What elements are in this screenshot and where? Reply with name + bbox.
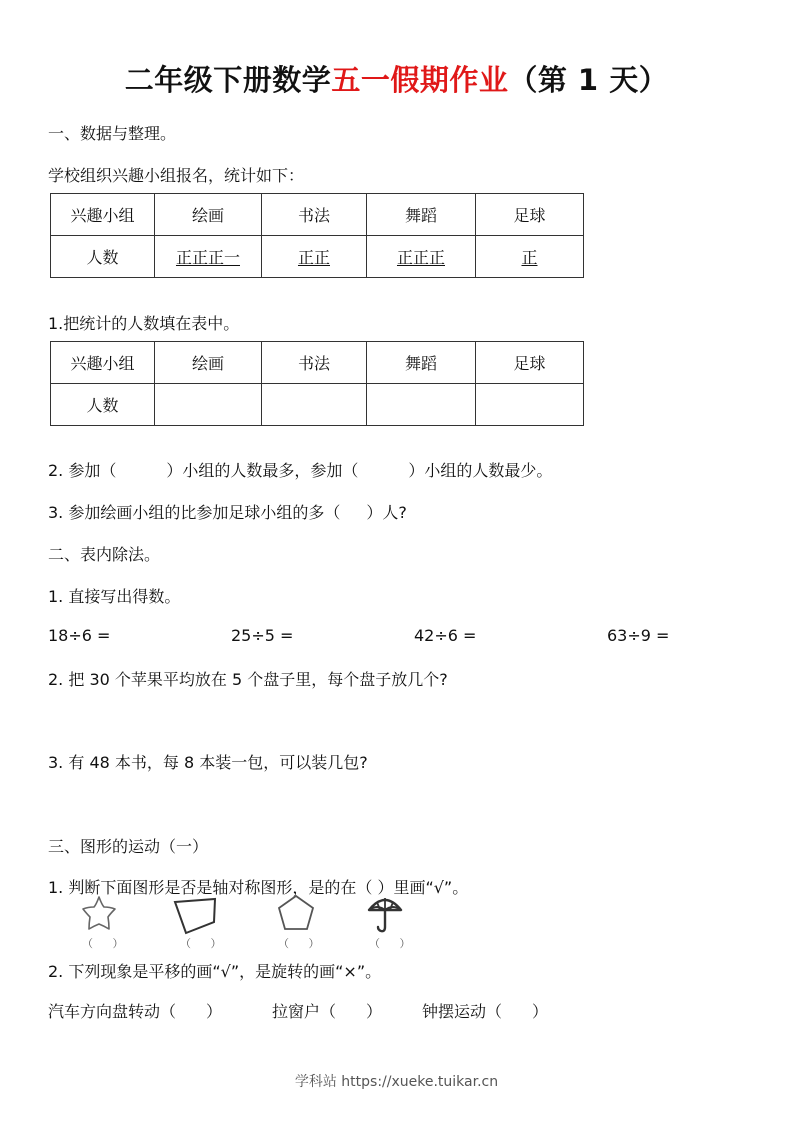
star-icon: [80, 895, 118, 931]
title-suffix: （第 1 天）: [508, 63, 668, 97]
section3-q2: 2. 下列现象是平移的画“√”，是旋转的画“×”。: [48, 959, 381, 982]
section2-q2: 2. 把 30 个苹果平均放在 5 个盘子里，每个盘子放几个?: [48, 667, 448, 690]
section2-q3: 3. 有 48 本书，每 8 本装一包，可以装几包?: [48, 750, 368, 773]
tally-value: 正正正一: [176, 248, 240, 267]
answer-cell[interactable]: [476, 384, 584, 426]
section1-q2: 2. 参加（）小组的人数最多，参加（）小组的人数最少。: [48, 458, 552, 481]
table-header-cell: 绘画: [155, 194, 262, 236]
table-header-cell: 书法: [262, 194, 367, 236]
section1-heading: 一、数据与整理。: [48, 121, 176, 144]
fill-table: 兴趣小组 绘画 书法 舞蹈 足球 人数: [50, 341, 584, 426]
section2-heading: 二、表内除法。: [48, 542, 160, 565]
motion-item-label: 拉窗户（: [272, 1002, 336, 1021]
tally-value: 正正: [298, 248, 330, 267]
row-label: 人数: [51, 236, 155, 278]
shape-answer-blank[interactable]: （ ）: [82, 935, 132, 951]
answer-cell[interactable]: [155, 384, 262, 426]
equation: 63÷9 =: [607, 626, 669, 645]
answer-cell[interactable]: [262, 384, 367, 426]
section3-heading: 三、图形的运动（一）: [48, 834, 208, 857]
q3-part1: 3. 参加绘画小组的比参加足球小组的多（: [48, 503, 340, 522]
paren-close: ）: [206, 1002, 222, 1021]
q2-part2: ）小组的人数最多，参加（: [166, 461, 358, 480]
motion-item-label: 钟摆运动（: [422, 1002, 502, 1021]
section2-q1: 1. 直接写出得数。: [48, 584, 180, 607]
motion-item-window: 拉窗户（）: [272, 999, 382, 1022]
equation: 42÷6 =: [414, 626, 476, 645]
paren-close: ）: [532, 1002, 548, 1021]
shape-answer-blank[interactable]: （ ）: [278, 935, 328, 951]
table-header-cell: 足球: [476, 194, 584, 236]
q2-part3: ）小组的人数最少。: [408, 461, 552, 480]
tally-table: 兴趣小组 绘画 书法 舞蹈 足球 人数 正正正一 正正 正正正 正: [50, 193, 584, 278]
tally-cell: 正: [476, 236, 584, 278]
motion-item-pendulum: 钟摆运动（）: [422, 999, 548, 1022]
section1-intro: 学校组织兴趣小组报名，统计如下：: [48, 163, 304, 186]
footer-watermark: 学科站 https://xueke.tuikar.cn: [0, 1071, 793, 1091]
table-header-cell: 绘画: [155, 342, 262, 384]
row-label: 人数: [51, 384, 155, 426]
tally-value: 正正正: [397, 248, 445, 267]
page-title: 二年级下册数学五一假期作业（第 1 天）: [0, 58, 793, 99]
title-prefix: 二年级下册数学: [125, 63, 332, 97]
tally-table-row: 人数 正正正一 正正 正正正 正: [51, 236, 584, 278]
pentagon-icon: [277, 894, 315, 932]
table-header-cell: 足球: [476, 342, 584, 384]
umbrella-icon: [366, 894, 404, 934]
tally-cell: 正正正一: [155, 236, 262, 278]
motion-item-label: 汽车方向盘转动（: [48, 1002, 176, 1021]
motion-item-steering-wheel: 汽车方向盘转动（）: [48, 999, 222, 1022]
section1-q3: 3. 参加绘画小组的比参加足球小组的多（）人?: [48, 500, 407, 523]
table-header-cell: 书法: [262, 342, 367, 384]
table-header-cell: 舞蹈: [367, 194, 476, 236]
fill-table-header-row: 兴趣小组 绘画 书法 舞蹈 足球: [51, 342, 584, 384]
tally-cell: 正正: [262, 236, 367, 278]
tally-cell: 正正正: [367, 236, 476, 278]
tally-table-header-row: 兴趣小组 绘画 书法 舞蹈 足球: [51, 194, 584, 236]
fill-table-row: 人数: [51, 384, 584, 426]
title-highlight: 五一假期作业: [331, 63, 508, 97]
paren-close: ）: [366, 1002, 382, 1021]
q2-part1: 2. 参加（: [48, 461, 116, 480]
table-header-cell: 兴趣小组: [51, 342, 155, 384]
tally-value: 正: [521, 248, 537, 267]
table-header-cell: 舞蹈: [367, 342, 476, 384]
shape-answer-blank[interactable]: （ ）: [180, 935, 230, 951]
table-header-cell: 兴趣小组: [51, 194, 155, 236]
answer-cell[interactable]: [367, 384, 476, 426]
equation: 18÷6 =: [48, 626, 110, 645]
quadrilateral-icon: [172, 896, 218, 936]
section1-q1: 1.把统计的人数填在表中。: [48, 311, 239, 334]
q3-part2: ）人?: [366, 503, 407, 522]
equation: 25÷5 =: [231, 626, 293, 645]
shape-answer-blank[interactable]: （ ）: [369, 935, 419, 951]
